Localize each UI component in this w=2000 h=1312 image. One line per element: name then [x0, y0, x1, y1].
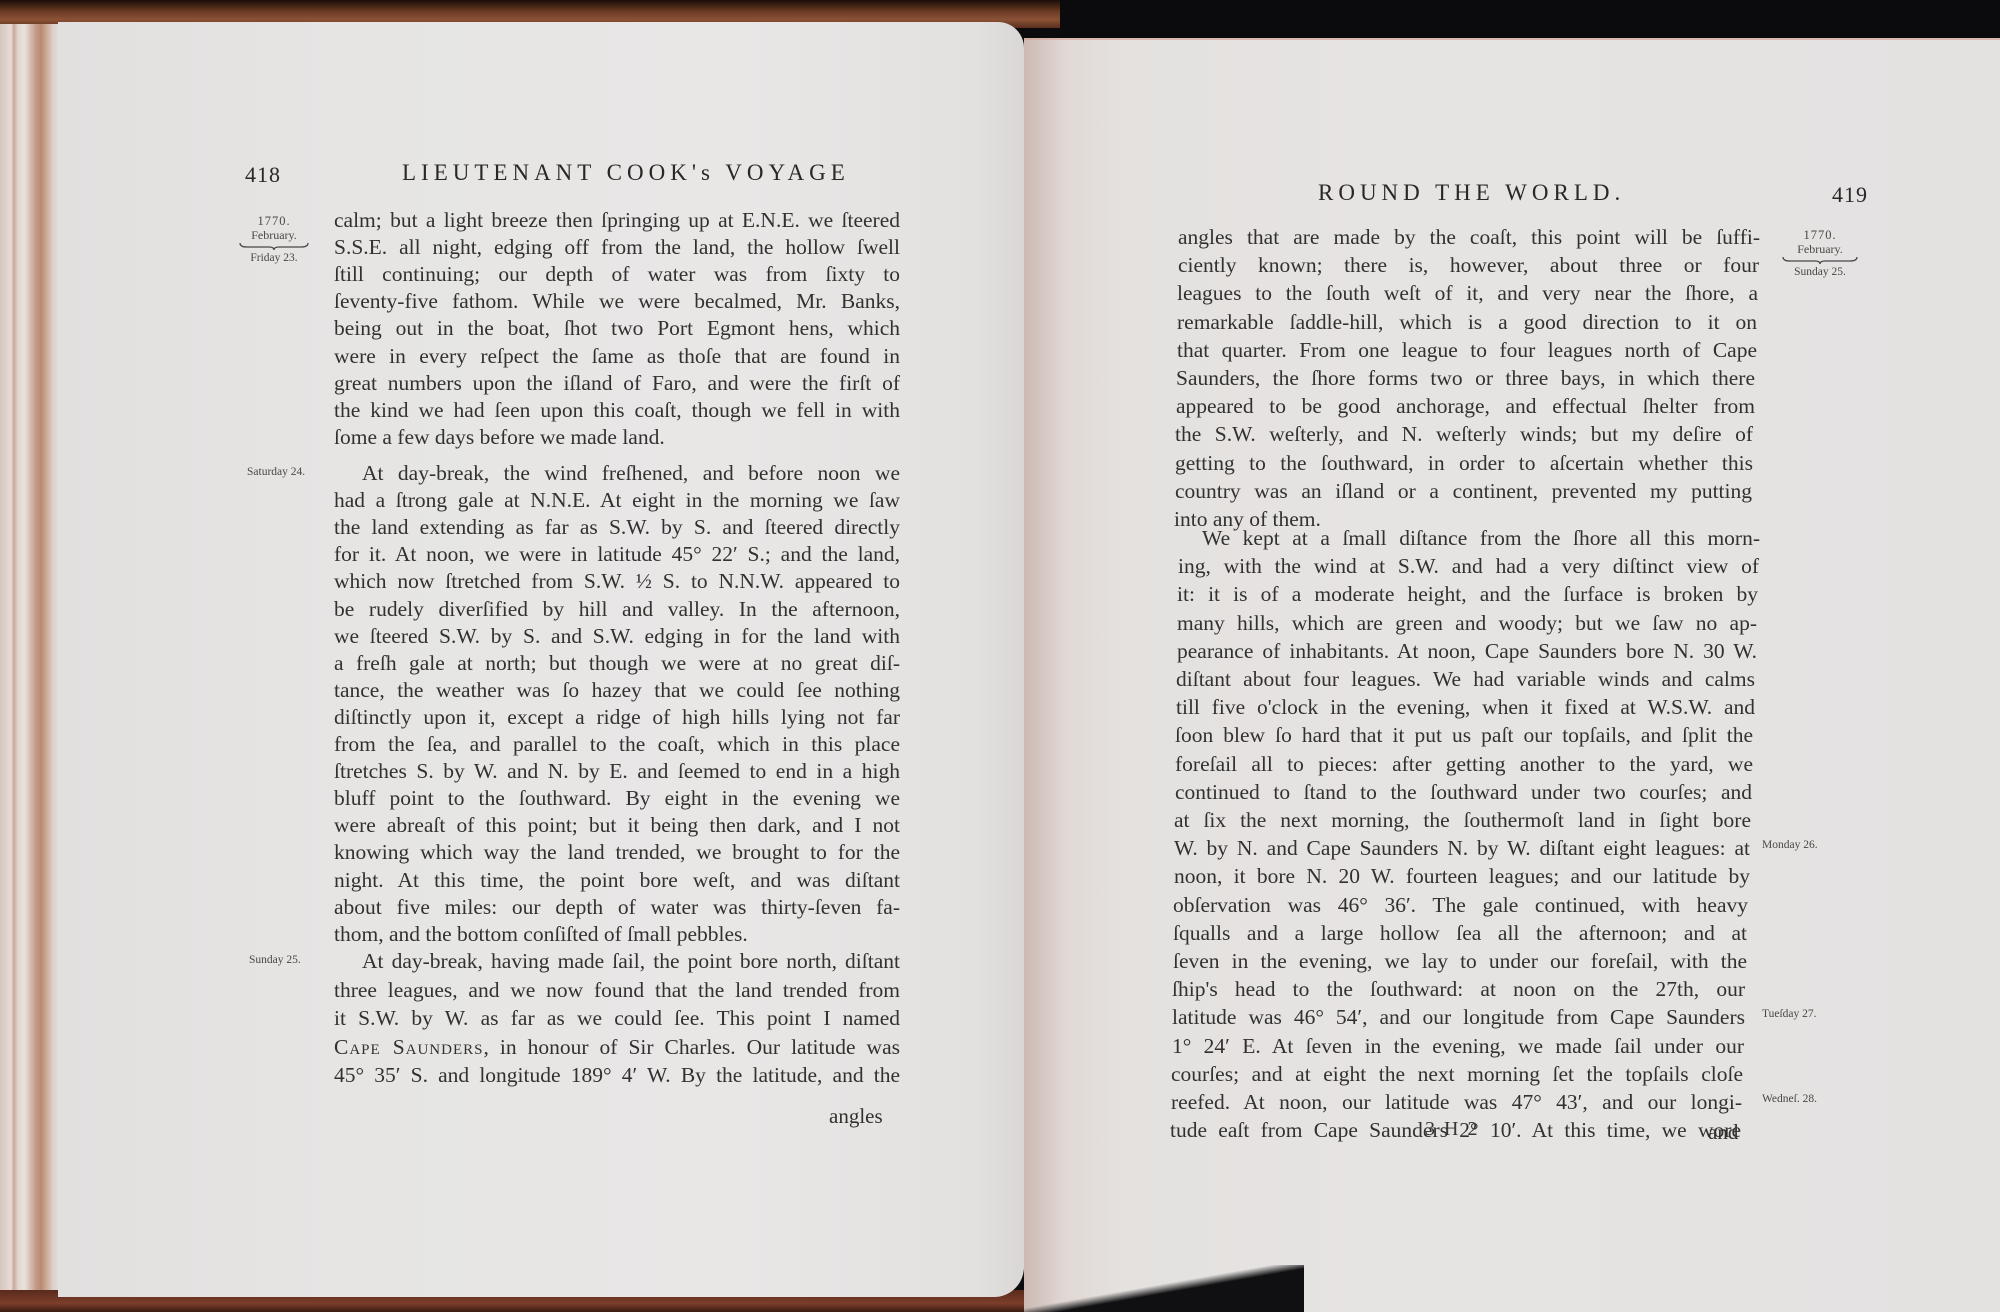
text-line: ſhip's head to the ſouthward: at noon on… [1172, 976, 1745, 1003]
text-line: We kept at a ſmall diſtance from the ſho… [1202, 525, 1760, 552]
text-line: ſeven in the evening, we lay to under ou… [1173, 948, 1747, 975]
text-line: diſtant about four leagues. We had varia… [1176, 666, 1755, 693]
text-line: tance, the weather was ſo hazey that we … [334, 677, 900, 704]
text-line: ing, with the wind at S.W. and had a ver… [1178, 553, 1759, 580]
signature-mark: 3 H 2 [1425, 1118, 1479, 1141]
right-catchword: and [1708, 1120, 1738, 1145]
text-line: the S.W. weſterly, and N. weſterly winds… [1175, 421, 1753, 448]
right-page-number: 419 [1832, 182, 1868, 208]
text-line: diſtinctly upon it, except a ridge of hi… [334, 704, 900, 731]
text-line: 45° 35′ S. and longitude 189° 4′ W. By t… [334, 1062, 900, 1089]
text-line: knowing which way the land trended, we b… [334, 839, 900, 866]
day-note: Monday 26. [1762, 839, 1818, 851]
sidenote-year: 1770. [238, 214, 310, 228]
text-line: that quarter. From one league to four le… [1177, 337, 1757, 364]
text-line: W. by N. and Cape Saunders N. by W. diſt… [1174, 835, 1750, 862]
text-line: were in every reſpect the ſame as thoſe … [334, 343, 900, 370]
text-line: ſeventy-five fathom. While we were becal… [334, 288, 900, 315]
text-line: ſqualls and a large hollow ſea all the a… [1173, 920, 1747, 947]
text-line: the land extending as far as S.W. by S. … [334, 514, 900, 541]
left-running-head: LIEUTENANT COOK's VOYAGE [402, 160, 850, 186]
text-line: obſervation was 46° 36′. The gale contin… [1173, 892, 1748, 919]
text-line: bluff point to the ſouthward. By eight i… [334, 785, 900, 812]
sidenote-day: Sunday 25. [1780, 265, 1860, 279]
text-line: noon, it bore N. 20 W. fourteen leagues;… [1174, 863, 1750, 890]
left-sidenote: 1770. February. Friday 23. [238, 214, 310, 265]
page-edges-stack [0, 24, 62, 1294]
text-line: many hills, which are green and woody; b… [1177, 610, 1757, 637]
text-line: latitude was 46° 54′, and our longitude … [1172, 1004, 1745, 1031]
sidenote-month: February. [1780, 242, 1860, 256]
text-line: leagues to the ſouth weſt of it, and ver… [1177, 280, 1758, 307]
text-line: night. At this time, the point bore weſt… [334, 867, 900, 894]
brace-icon [1782, 256, 1858, 265]
text-line: for it. At noon, we were in latitude 45°… [334, 541, 900, 568]
gutter-shadow [1024, 38, 1064, 1312]
text-line: S.S.E. all night, edging off from the la… [334, 234, 900, 261]
right-sidenote: 1770. February. Sunday 25. [1780, 228, 1860, 279]
text-line: reefed. At noon, our latitude was 47° 43… [1171, 1089, 1742, 1116]
text-line: angles that are made by the coaſt, this … [1178, 224, 1760, 251]
sidenote-year: 1770. [1780, 228, 1860, 242]
text-line: pearance of inhabitants. At noon, Cape S… [1177, 638, 1757, 665]
text-line: great numbers upon the iſland of Faro, a… [334, 370, 900, 397]
text-line: Cape Saunders, in honour of Sir Charles.… [334, 1034, 900, 1061]
text-line: calm; but a light breeze then ſpringing … [334, 207, 900, 234]
day-note: Tueſday 27. [1762, 1008, 1817, 1020]
day-note: Saturday 24. [247, 466, 305, 478]
left-page-number: 418 [245, 162, 281, 188]
sidenote-day: Friday 23. [238, 251, 310, 265]
text-line: a freſh gale at north; but though we wer… [334, 650, 900, 677]
left-catchword: angles [829, 1104, 883, 1129]
background-shadow [1024, 1265, 1304, 1312]
text-line: foreſail all to pieces: after getting an… [1175, 751, 1753, 778]
text-line: being out in the boat, ſhot two Port Egm… [334, 315, 900, 342]
text-line: till five o'clock in the evening, when i… [1176, 694, 1755, 721]
text-line: from the ſea, and parallel to the coaſt,… [334, 731, 900, 758]
text-line: were abreaſt of this point; but it being… [334, 812, 900, 839]
text-line: it S.W. by W. as far as we could ſee. Th… [334, 1005, 900, 1032]
text-line: Saunders, the ſhore forms two or three b… [1176, 365, 1755, 392]
text-line: At day-break, having made ſail, the poin… [362, 948, 900, 975]
text-line: thom, and the bottom conſiſted of ſmall … [334, 921, 900, 948]
text-line: be rudely diverſified by hill and valley… [334, 596, 900, 623]
text-line: courſes; and at eight the next morning ſ… [1171, 1061, 1743, 1088]
day-note: Wedneſ. 28. [1762, 1093, 1817, 1105]
text-line: the kind we had ſeen upon this coaſt, th… [334, 397, 900, 424]
text-line: about five miles: our depth of water was… [334, 894, 900, 921]
text-line: ſtretches S. by W. and N. by E. and ſeem… [334, 758, 900, 785]
text-line: we ſteered S.W. by S. and S.W. edging in… [334, 623, 900, 650]
text-line: remarkable ſaddle-hill, which is a good … [1177, 309, 1757, 336]
text-line: continued to ſtand to the ſouthward unde… [1175, 779, 1752, 806]
text-line: At day-break, the wind freſhened, and be… [362, 460, 900, 487]
text-line: at ſix the next morning, the ſouthermoſt… [1174, 807, 1751, 834]
sidenote-month: February. [238, 228, 310, 242]
right-running-head: ROUND THE WORLD. [1318, 180, 1625, 206]
brace-icon [239, 242, 309, 251]
text-line: getting to the ſouthward, in order to aſ… [1175, 450, 1753, 477]
text-line: which now ſtretched from S.W. ½ S. to N.… [334, 568, 900, 595]
text-line: three leagues, and we now found that the… [334, 977, 900, 1004]
text-line: had a ſtrong gale at N.N.E. At eight in … [334, 487, 900, 514]
text-line: it: it is of a moderate height, and the … [1177, 581, 1758, 608]
text-line: ſoon blew ſo hard that it put us paſt ou… [1175, 722, 1753, 749]
text-line: country was an iſland or a continent, pr… [1175, 478, 1752, 505]
day-note: Sunday 25. [249, 954, 301, 966]
text-line: ſome a few days before we made land. [334, 424, 900, 451]
proper-name-smallcaps: Cape Saunders [334, 1035, 484, 1059]
text-line: ſtill continuing; our depth of water was… [334, 261, 900, 288]
text-line: ciently known; there is, however, about … [1178, 252, 1759, 279]
text-line: appeared to be good anchorage, and effec… [1176, 393, 1755, 420]
text-line: 1° 24′ E. At ſeven in the evening, we ma… [1172, 1033, 1744, 1060]
